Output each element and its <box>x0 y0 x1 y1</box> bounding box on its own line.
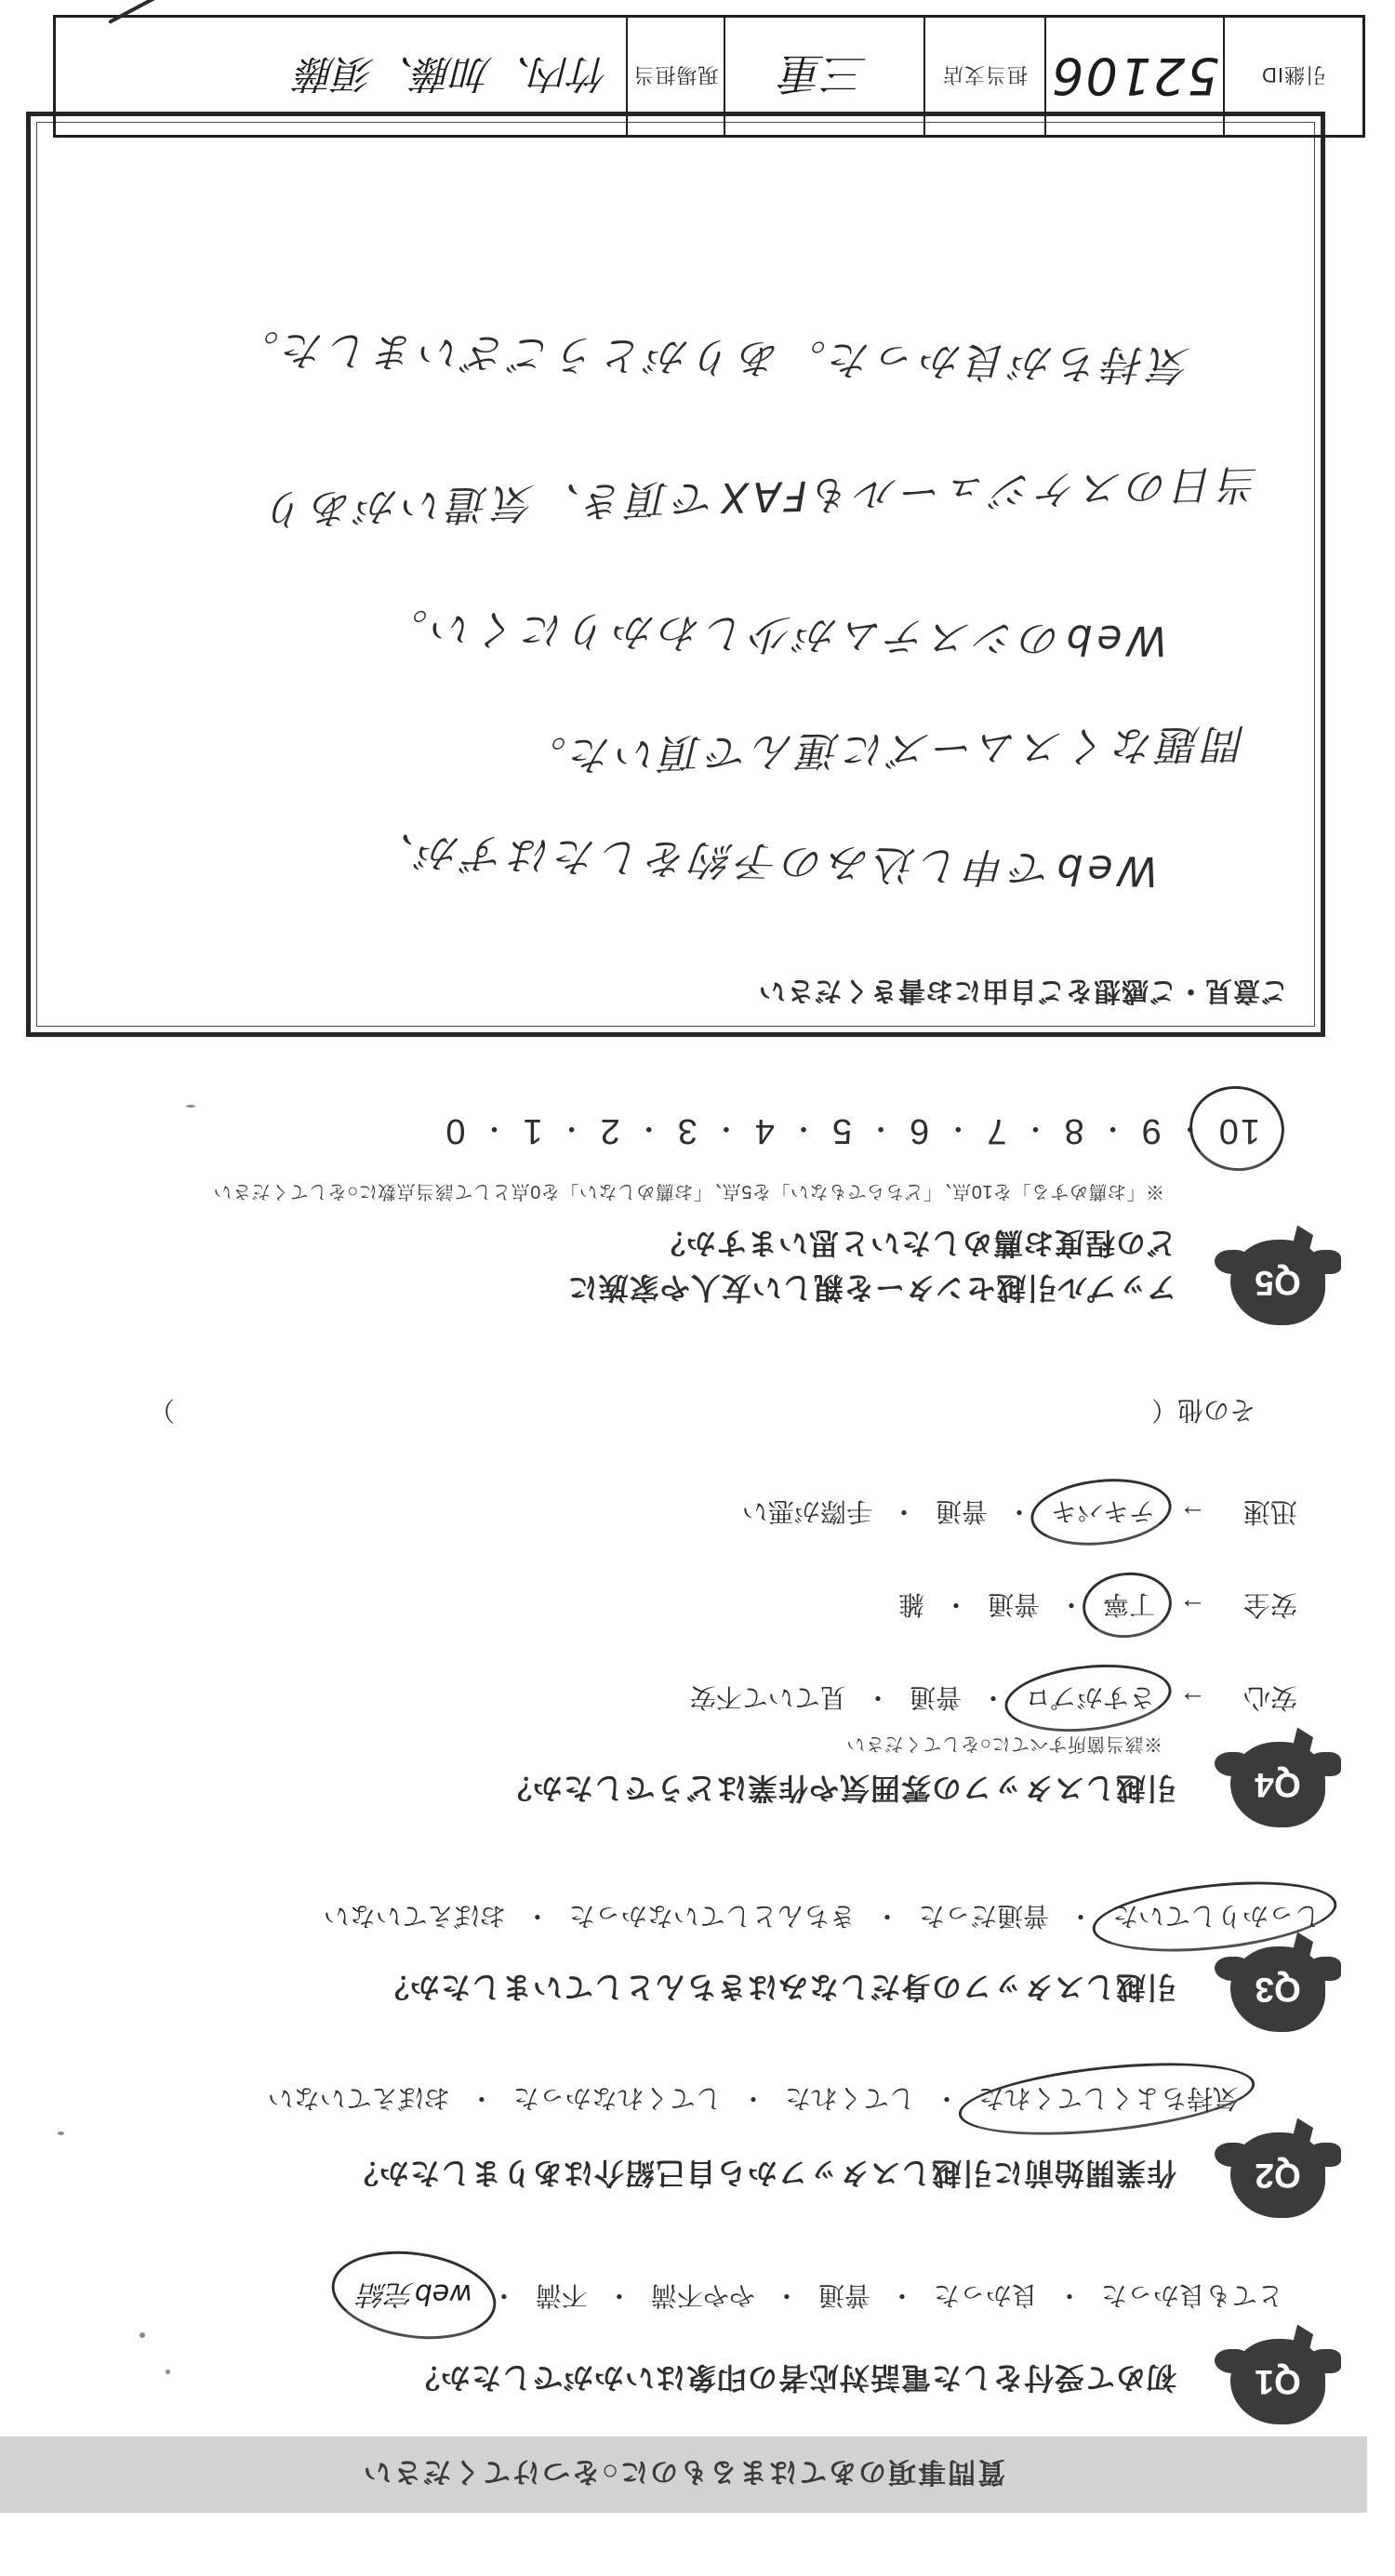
option-separator: ・ <box>846 1681 910 1719</box>
q1-option-circled: web完結 <box>359 2277 472 2310</box>
scale-value: 9 <box>1140 1111 1162 1151</box>
q4-row-other: その他 （ ） <box>149 1393 1255 1430</box>
q2-bubble-icon: Q2 <box>1230 2132 1325 2218</box>
q5-bubble-label: Q5 <box>1255 1263 1300 1302</box>
q4-option: 普通 <box>936 1495 988 1533</box>
option-separator: ・ <box>450 2081 513 2118</box>
scale-separator: ・ <box>697 1110 753 1151</box>
scale-separator: ・ <box>620 1110 676 1151</box>
option-separator: ・ <box>722 2081 785 2118</box>
rotated-document: 質問事項のあてはまるものに○をつけてください Q1 初めて受付をした電話対応者の… <box>0 0 1395 2576</box>
q1-option: とても良かった <box>1101 2278 1283 2316</box>
table-cell-label: 担当支店 <box>923 18 1044 135</box>
q4-row-label: 安全 <box>1212 1587 1297 1626</box>
option-separator: ・ <box>870 2278 934 2316</box>
q4-option: 普通 <box>910 1681 962 1719</box>
table-cell-value: 竹内、加藤、須藤 <box>56 18 626 135</box>
q2-option: してくれた <box>785 2081 915 2118</box>
q3-option: おぼえていない <box>324 1899 506 1936</box>
option-separator: ・ <box>755 2278 818 2316</box>
q1-text: 初めて受付をした電話対応者の印象はいかがでしたか？ <box>409 2358 1176 2401</box>
q4-option: 見ていて不安 <box>690 1681 846 1719</box>
scale-separator: ・ <box>929 1110 985 1151</box>
scale-value: 8 <box>1062 1111 1083 1151</box>
q4-row-anshin: 安心 → さすがプロ・ 普通・ 見ていて不安 <box>690 1680 1297 1719</box>
q4-row-label: 迅速 <box>1212 1494 1297 1533</box>
hand-drawn-circle: 気持ちよくしてくれた <box>978 2081 1239 2118</box>
q1-options: とても良かった・ 良かった・ 普通・ やや不満・ 不満・ web完結 <box>359 2277 1283 2317</box>
scale-value: 4 <box>753 1111 775 1151</box>
q2-bubble-label: Q2 <box>1255 2156 1300 2195</box>
q1-option: 普通 <box>818 2278 870 2316</box>
scale-separator: ・ <box>465 1110 521 1151</box>
option-separator: ・ <box>506 1899 569 1936</box>
q4-option: 普通 <box>988 1588 1040 1626</box>
q4-option-circled: 丁寧 <box>1103 1591 1155 1620</box>
handover-id-value: 2521067 <box>1044 47 1223 106</box>
q2-option: してくれなかった <box>513 2081 722 2118</box>
q5-rating-scale: 10・ 9・ 8・ 7・ 6・ 5・ 4・ 3・ 2・ 1・ 0 <box>444 1110 1260 1151</box>
scale-value-circled: 10 <box>1217 1112 1260 1151</box>
paren-open: （ <box>1151 1393 1177 1430</box>
q5-text-line1: アップル引越センターを親しい友人や家族に <box>567 1268 1176 1311</box>
scale-value: 0 <box>444 1111 465 1151</box>
hand-drawn-circle: しっかりしていた <box>1112 1899 1321 1936</box>
hand-drawn-circle: テキパキ <box>1051 1495 1155 1533</box>
q3-option: 普通だった <box>919 1899 1049 1936</box>
table-cell-value: 2521067 <box>1044 18 1223 135</box>
q4-bubble-label: Q4 <box>1255 1765 1300 1804</box>
q2-option: おぼえていない <box>268 2081 450 2118</box>
q1-option: やや不満 <box>651 2278 755 2316</box>
handover-info-table: 引継ID 2521067 担当支店 三重 現場担当 竹内、加藤、須藤 <box>53 15 1365 138</box>
q4-option: 手際が悪い <box>742 1495 872 1533</box>
q4-note: ※該当箇所すべてに○をしてください <box>846 1733 1162 1759</box>
hand-drawn-circle: 丁寧 <box>1103 1588 1155 1626</box>
comment-box: ご意見・ご感想をご自由にお書きください Webで申し込みの予約をしたはずが、 問… <box>26 112 1325 1037</box>
scale-separator: ・ <box>1084 1110 1140 1151</box>
q4-bubble-icon: Q4 <box>1230 1742 1325 1827</box>
staff-names-value: 竹内、加藤、須藤 <box>297 48 609 104</box>
q3-bubble-icon: Q3 <box>1230 1946 1325 2032</box>
ink-speck <box>58 2131 64 2135</box>
q1-bubble-label: Q1 <box>1255 2362 1300 2401</box>
scale-separator: ・ <box>852 1110 908 1151</box>
staff-label: 現場担当 <box>633 62 719 91</box>
q3-options: しっかりしていた・ 普通だった・ きちんとしていなかった・ おぼえていない <box>324 1899 1321 1936</box>
q1-option: 良かった <box>934 2278 1038 2316</box>
scale-separator: ・ <box>543 1110 599 1151</box>
q4-row-label: 安心 <box>1212 1680 1297 1719</box>
q2-option-circled: 気持ちよくしてくれた <box>978 2084 1239 2113</box>
q5-bubble-icon: Q5 <box>1230 1240 1325 1325</box>
table-cell-label: 現場担当 <box>626 18 724 135</box>
option-separator: ・ <box>588 2278 651 2316</box>
q4-row-anzen: 安全 → 丁寧・ 普通・ 雑 <box>898 1587 1297 1626</box>
option-separator: ・ <box>924 1588 988 1626</box>
hand-drawn-circle: さすがプロ <box>1025 1681 1155 1719</box>
ink-speck <box>186 1105 195 1108</box>
scale-value: 6 <box>908 1111 929 1151</box>
branch-value: 三重 <box>782 46 868 107</box>
q3-text: 引越しスタッフの身だしなみはきちんとしていましたか？ <box>379 1968 1176 2011</box>
hand-drawn-circle: 10 <box>1217 1111 1260 1151</box>
paren-close: ） <box>149 1393 175 1430</box>
q4-row-jinsoku: 迅速 → テキパキ・ 普通・ 手際が悪い <box>742 1494 1297 1533</box>
q3-bubble-label: Q3 <box>1255 1970 1300 2009</box>
scale-value: 2 <box>599 1111 620 1151</box>
q1-option: 不満 <box>536 2278 588 2316</box>
q3-option: きちんとしていなかった <box>569 1899 856 1936</box>
q4-option-circled: テキパキ <box>1051 1498 1155 1527</box>
instruction-text: 質問事項のあてはまるものに○をつけてください <box>362 2454 1005 2495</box>
q4-option: 雑 <box>898 1588 924 1626</box>
handover-id-label: 引継ID <box>1261 62 1326 91</box>
q5-note: ※「お薦めする」を10点、「どちらでもない」を5点、「お薦めしない」を0点として… <box>213 1180 1164 1207</box>
q4-option-circled: さすがプロ <box>1025 1684 1155 1713</box>
scanned-survey-page: 質問事項のあてはまるものに○をつけてください Q1 初めて受付をした電話対応者の… <box>0 0 1395 2576</box>
ink-speck <box>139 2332 145 2338</box>
ink-speck <box>166 2370 170 2374</box>
table-cell-label: 引継ID <box>1223 18 1362 135</box>
scale-separator: ・ <box>775 1110 830 1151</box>
scale-value: 5 <box>830 1111 852 1151</box>
comment-label: ご意見・ご感想をご自由にお書きください <box>758 974 1288 1012</box>
scale-value: 1 <box>521 1111 542 1151</box>
table-cell-value: 三重 <box>724 18 923 135</box>
option-separator: ・ <box>856 1899 919 1936</box>
q1-bubble-icon: Q1 <box>1230 2339 1325 2424</box>
q5-text-line2: どの程度お薦めしたいと思いますか？ <box>655 1224 1176 1267</box>
scale-value: 3 <box>676 1111 697 1151</box>
q4-other-label: その他 <box>1177 1393 1255 1430</box>
q2-options: 気持ちよくしてくれた・ してくれた・ してくれなかった・ おぼえていない <box>268 2081 1239 2118</box>
branch-label: 担当支店 <box>942 62 1028 91</box>
handwritten-comment-line: 問題なくスムーズに運んで頂いた。 <box>521 717 1247 790</box>
q3-option-circled: しっかりしていた <box>1112 1902 1321 1931</box>
scale-separator: ・ <box>1006 1110 1062 1151</box>
q2-text: 作業開始前に引越しスタッフから自己紹介はありましたか？ <box>348 2154 1176 2197</box>
option-separator: ・ <box>1038 2278 1101 2316</box>
scale-value: 7 <box>985 1111 1006 1151</box>
instruction-bar: 質問事項のあてはまるものに○をつけてください <box>0 2437 1367 2513</box>
hand-drawn-circle: web完結 <box>359 2277 472 2317</box>
q4-text: 引越しスタッフの雰囲気や作業はどうでしたか？ <box>501 1769 1176 1812</box>
option-separator: ・ <box>872 1495 936 1533</box>
